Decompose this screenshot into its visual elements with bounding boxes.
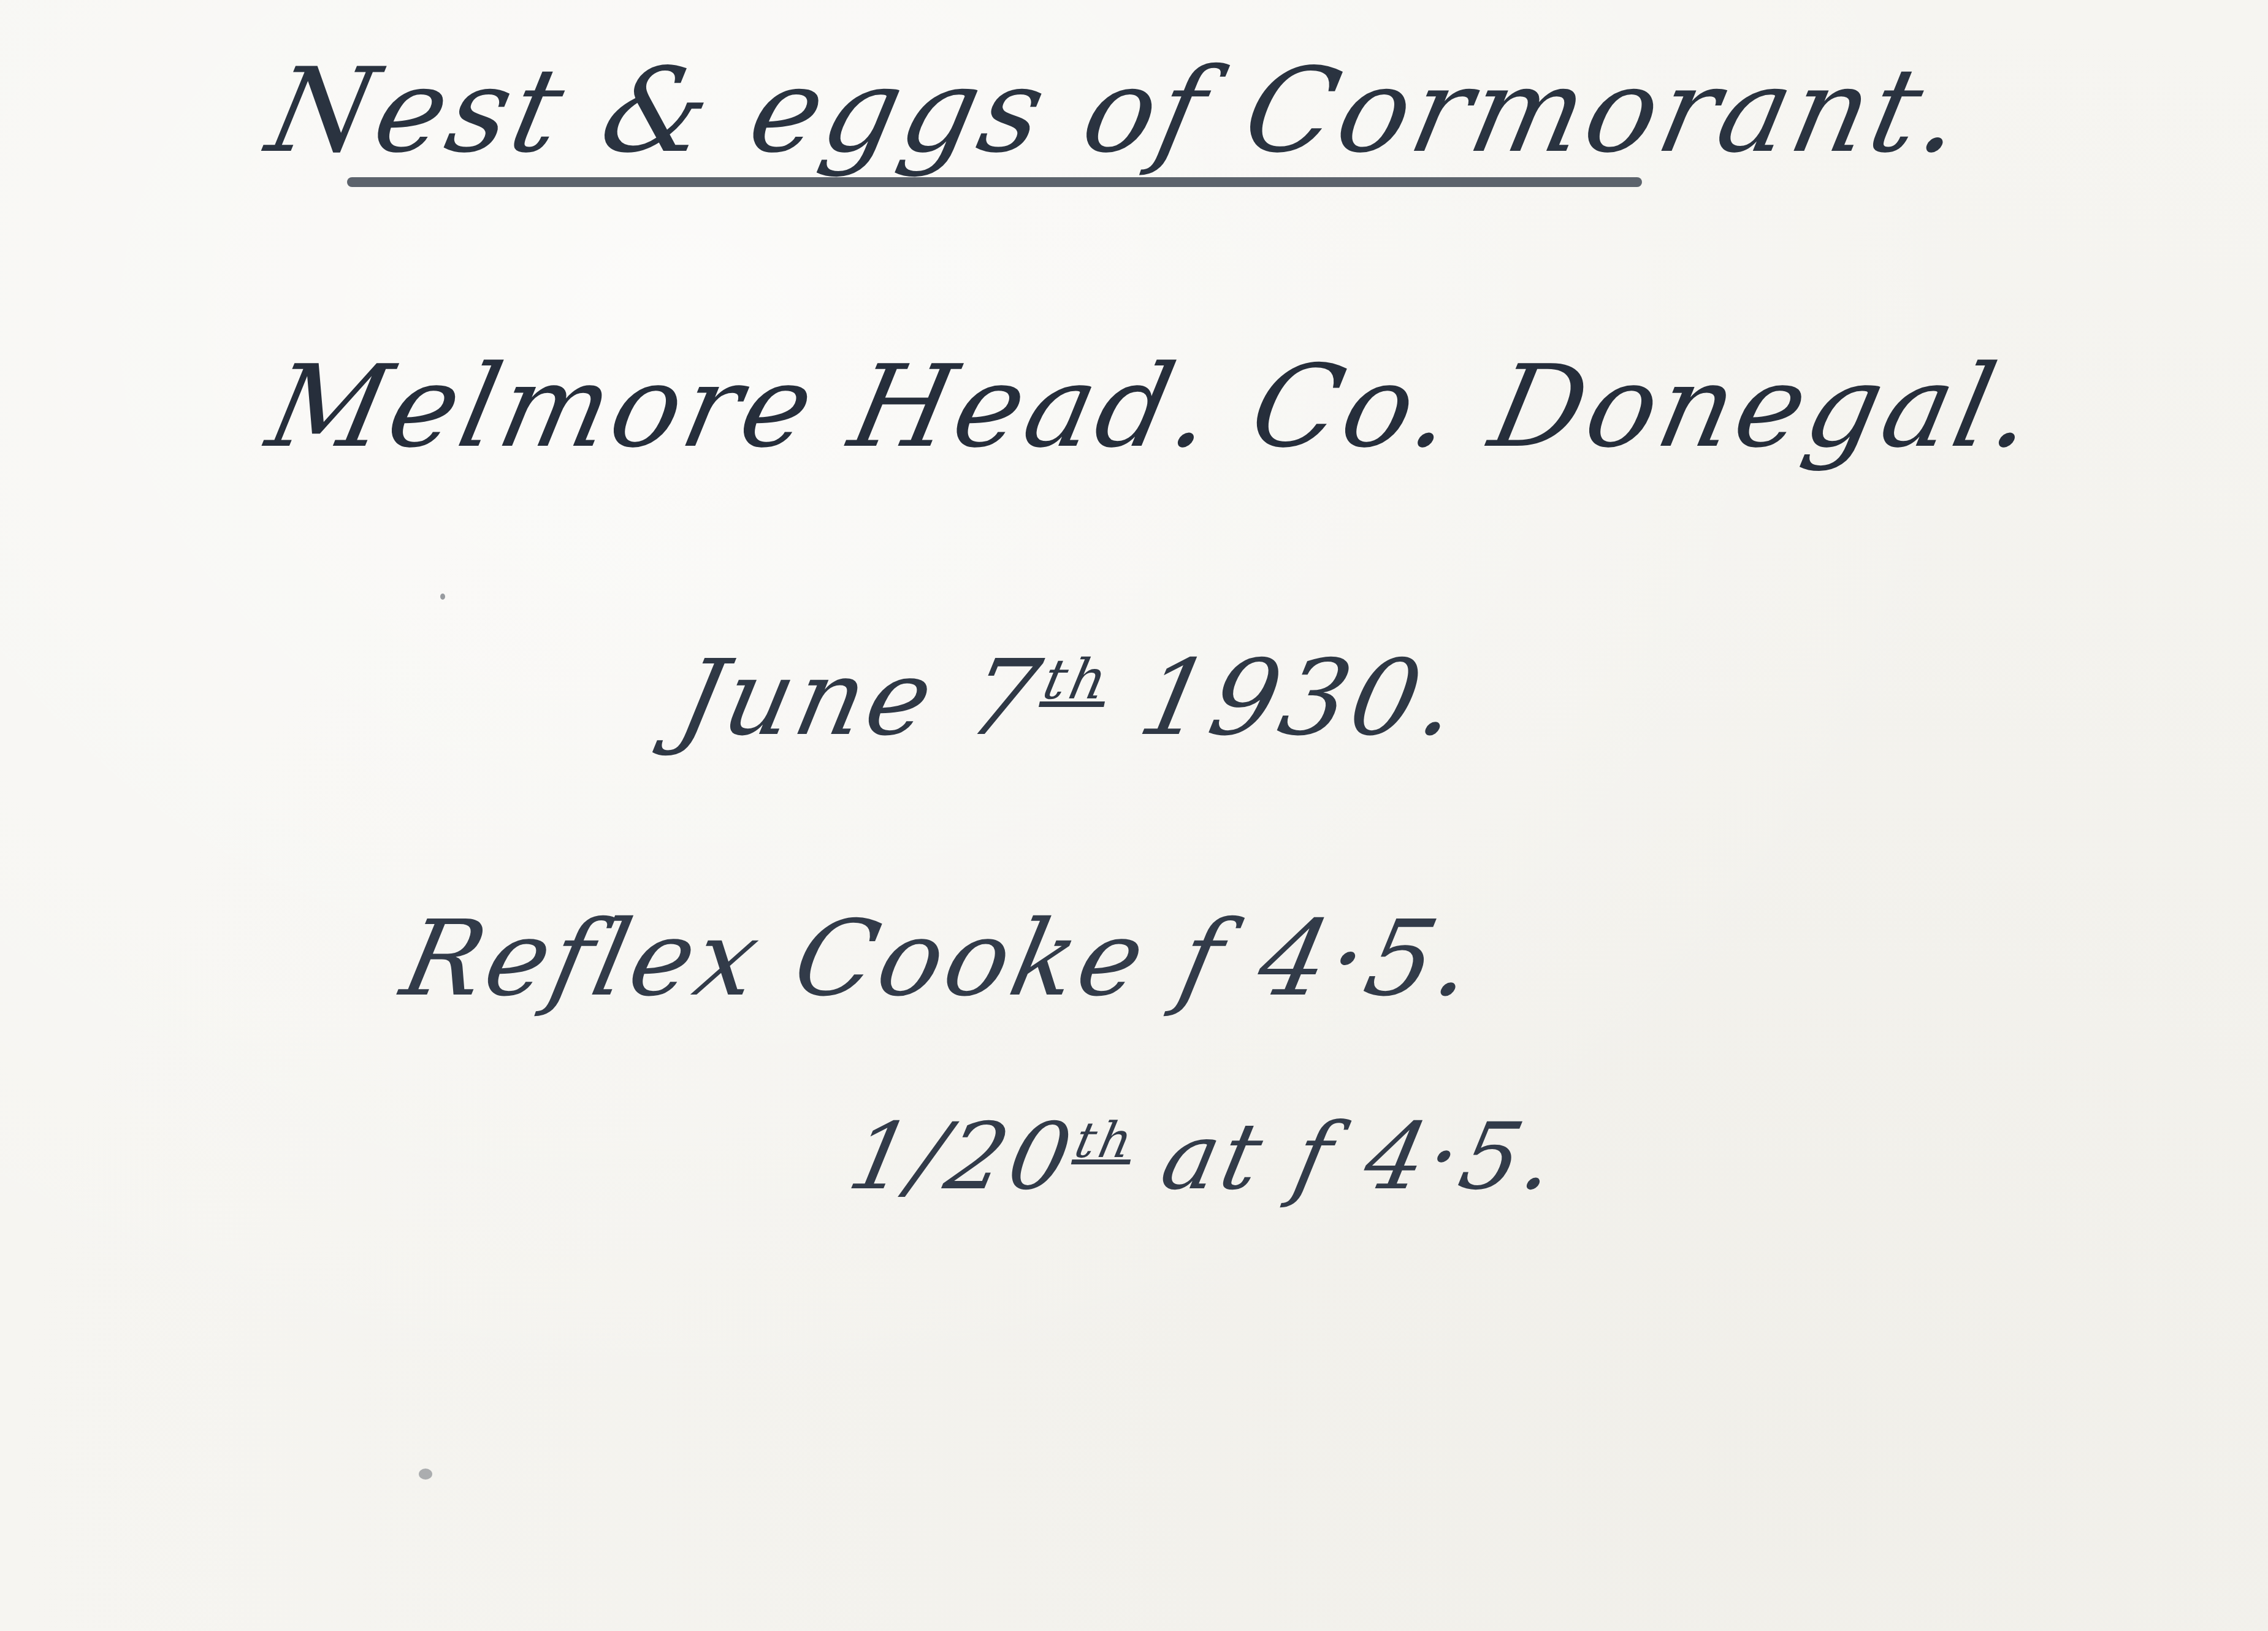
caption-date: June 7th 1930. — [668, 638, 1472, 759]
date-year: 1930. — [1129, 638, 1472, 759]
caption-location: Melmore Head. Co. Donegal. — [258, 340, 2050, 473]
date-day: June 7 — [668, 638, 1053, 759]
paper-speck — [440, 594, 445, 600]
caption-title: Nest & eggs of Cormorant. — [258, 43, 1979, 178]
exposure-ordinal: th — [1070, 1112, 1140, 1169]
caption-camera: Reflex Cooke f 4·5. — [392, 898, 1487, 1020]
caption-exposure: 1/20th at f 4·5. — [840, 1104, 1568, 1210]
paper-speck — [419, 1469, 432, 1480]
exposure-aperture: at f 4·5. — [1153, 1104, 1568, 1210]
caption-card: Nest & eggs of Cormorant. Melmore Head. … — [0, 0, 2268, 1631]
title-underline — [347, 177, 1642, 187]
date-ordinal: th — [1037, 647, 1116, 712]
exposure-time: 1/20 — [840, 1104, 1084, 1210]
